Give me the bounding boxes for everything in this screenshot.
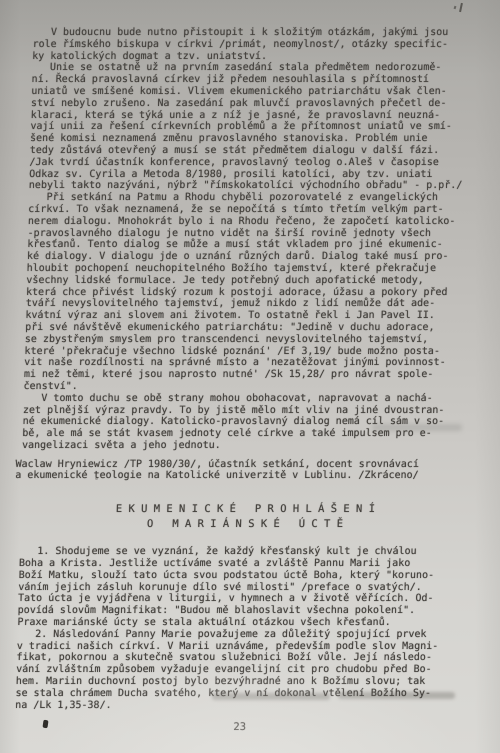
section-heading: E K U M E N I C K É P R O H L Á Š E N ÍO… [20, 502, 471, 531]
body-paragraph-2: Unie se ostatně už na prvním zasedání st… [29, 62, 482, 192]
author-note: Waclaw Hryniewicz /TP 1980/30/, účastník… [15, 459, 472, 483]
declaration-paragraph-2: 2. Následování Panny Marie považujeme za… [15, 629, 467, 712]
declaration-paragraph-1: 1. Shodujeme se ve vyznání, že každý kře… [17, 546, 469, 629]
scanned-document-page: V budoucnu bude nutno přistoupit i k slo… [0, 0, 500, 753]
page-number: 23 [15, 721, 465, 733]
body-paragraph-1: V budoucnu bude nutno přistoupit i k slo… [32, 27, 483, 62]
text-column: V budoucnu bude nutno přistoupit i k slo… [15, 27, 483, 733]
body-paragraph-4: V tomto duchu se obě strany mohou obohac… [22, 393, 474, 452]
pen-mark-top-right [452, 2, 468, 16]
heading-line-2: O M A R I Á N S K É Ú C T Ě [147, 518, 343, 530]
heading-line-1: E K U M E N I C K É P R O H L Á Š E N Í [116, 503, 376, 515]
body-paragraph-3: Při setkání na Patmu a Rhodu chyběli poz… [23, 192, 478, 393]
